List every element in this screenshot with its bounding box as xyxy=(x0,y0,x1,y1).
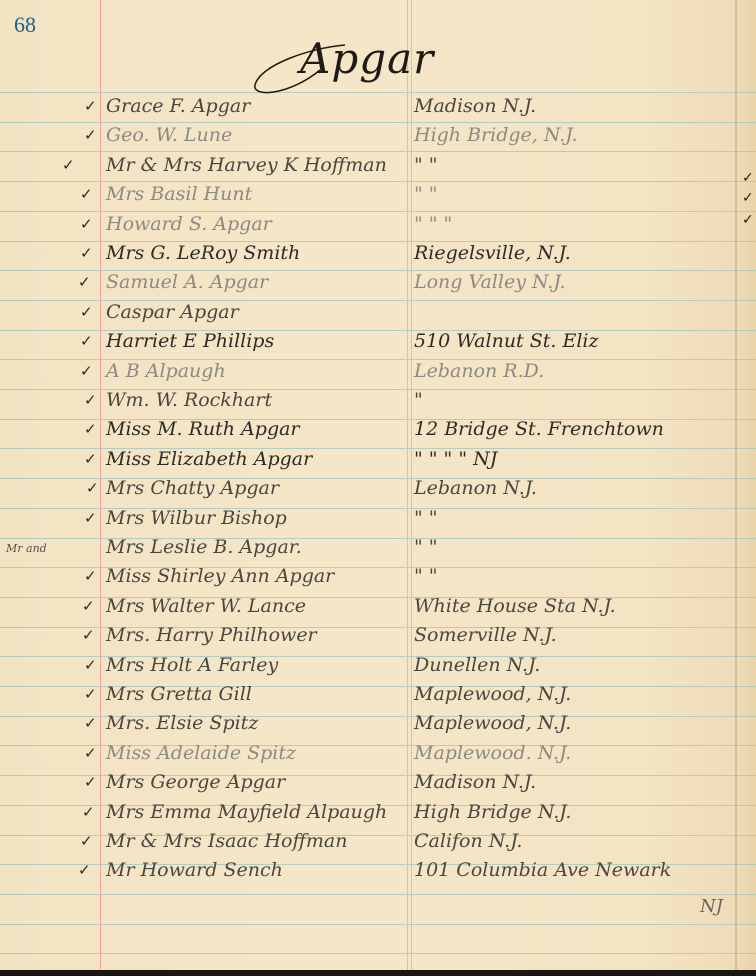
ledger-entry: ✓Mrs Chatty ApgarLebanon N.J. xyxy=(0,475,756,505)
entry-name: Mrs Leslie B. Apgar. xyxy=(106,536,406,558)
ledger-page: 68 Apgar ✓Grace F. ApgarMadison N.J.✓Geo… xyxy=(0,0,756,970)
entry-address: High Bridge, N.J. xyxy=(414,124,734,146)
entry-name: Mrs Emma Mayfield Alpaugh xyxy=(106,801,406,823)
entry-name: Miss Adelaide Spitz xyxy=(106,742,406,764)
ledger-entry: ✓Caspar Apgar xyxy=(0,299,756,329)
page-number: 68 xyxy=(14,12,36,38)
entry-address: " " " " NJ xyxy=(414,448,734,470)
checkmark-icon: ✓ xyxy=(84,656,97,674)
ledger-entry: ✓Mr & Mrs Isaac HoffmanCalifon N.J. xyxy=(0,828,756,858)
entry-name: Caspar Apgar xyxy=(106,301,406,323)
entry-name: Mrs Holt A Farley xyxy=(106,654,406,676)
entry-name: Wm. W. Rockhart xyxy=(106,389,406,411)
rule-line xyxy=(0,953,756,954)
ledger-entry: ✓Harriet E Phillips510 Walnut St. Eliz xyxy=(0,328,756,358)
entry-address: White House Sta N.J. xyxy=(414,595,734,617)
entry-name: Miss Elizabeth Apgar xyxy=(106,448,406,470)
ledger-entry: ✓Mrs Emma Mayfield AlpaughHigh Bridge N.… xyxy=(0,799,756,829)
checkmark-icon: ✓ xyxy=(84,509,97,527)
entry-name: A B Alpaugh xyxy=(106,360,406,382)
entry-name: Samuel A. Apgar xyxy=(106,271,406,293)
rule-line xyxy=(0,924,756,925)
entry-address: Madison N.J. xyxy=(414,95,734,117)
entry-name: Mr & Mrs Harvey K Hoffman xyxy=(106,154,406,176)
ledger-entry: ✓Miss Adelaide SpitzMaplewood. N.J. xyxy=(0,740,756,770)
entry-name: Mr & Mrs Isaac Hoffman xyxy=(106,830,406,852)
ledger-entry: ✓Miss M. Ruth Apgar12 Bridge St. Frencht… xyxy=(0,416,756,446)
entry-name: Mr Howard Sench xyxy=(106,859,406,881)
checkmark-icon: ✓ xyxy=(84,744,97,762)
ledger-entry: ✓Mr Howard Sench101 Columbia Ave Newark xyxy=(0,857,756,887)
address-continuation: NJ xyxy=(700,896,723,917)
checkmark-icon: ✓ xyxy=(84,685,97,703)
entry-address: 101 Columbia Ave Newark xyxy=(414,859,734,881)
ledger-entry: ✓Wm. W. Rockhart" xyxy=(0,387,756,417)
entry-address: Maplewood, N.J. xyxy=(414,712,734,734)
checkmark-icon: ✓ xyxy=(84,773,97,791)
checkmark-icon: ✓ xyxy=(62,156,75,174)
ledger-entry: ✓Mrs Holt A FarleyDunellen N.J. xyxy=(0,652,756,682)
checkmark-icon: ✓ xyxy=(80,244,93,262)
ledger-entry: ✓Miss Shirley Ann Apgar" " xyxy=(0,563,756,593)
page-title: Apgar xyxy=(300,34,434,83)
margin-check-icon: ✓ xyxy=(742,170,754,186)
entry-name: Mrs Basil Hunt xyxy=(106,183,406,205)
checkmark-icon: ✓ xyxy=(80,332,93,350)
ledger-entry: ✓Mrs. Elsie SpitzMaplewood, N.J. xyxy=(0,710,756,740)
entry-name: Miss Shirley Ann Apgar xyxy=(106,565,406,587)
ledger-entry: ✓Mrs Wilbur Bishop" " xyxy=(0,505,756,535)
entry-address: Dunellen N.J. xyxy=(414,654,734,676)
checkmark-icon: ✓ xyxy=(78,273,91,291)
entry-address: " " xyxy=(414,536,734,558)
ledger-entry: ✓A B AlpaughLebanon R.D. xyxy=(0,358,756,388)
entry-address: Lebanon R.D. xyxy=(414,360,734,382)
entry-address: Maplewood, N.J. xyxy=(414,683,734,705)
entry-name: Mrs G. LeRoy Smith xyxy=(106,242,406,264)
entry-address: Long Valley N.J. xyxy=(414,271,734,293)
rule-line xyxy=(0,894,756,895)
checkmark-icon: ✓ xyxy=(86,479,99,497)
entry-address: Maplewood. N.J. xyxy=(414,742,734,764)
entry-prefix-note: Mr and xyxy=(6,542,47,555)
margin-check-icon: ✓ xyxy=(742,212,754,228)
entry-name: Geo. W. Lune xyxy=(106,124,406,146)
checkmark-icon: ✓ xyxy=(82,597,95,615)
entry-address: Riegelsville, N.J. xyxy=(414,242,734,264)
entry-name: Mrs Chatty Apgar xyxy=(106,477,406,499)
entry-address: 12 Bridge St. Frenchtown xyxy=(414,418,734,440)
ledger-entry: ✓Mrs G. LeRoy SmithRiegelsville, N.J. xyxy=(0,240,756,270)
ledger-entry: ✓Mrs. Harry PhilhowerSomerville N.J. xyxy=(0,622,756,652)
margin-check-icon: ✓ xyxy=(742,190,754,206)
entry-name: Miss M. Ruth Apgar xyxy=(106,418,406,440)
checkmark-icon: ✓ xyxy=(84,450,97,468)
entry-name: Mrs George Apgar xyxy=(106,771,406,793)
entry-address: " " " xyxy=(414,213,734,235)
entry-address: High Bridge N.J. xyxy=(414,801,734,823)
entry-address: Lebanon N.J. xyxy=(414,477,734,499)
checkmark-icon: ✓ xyxy=(82,803,95,821)
checkmark-icon: ✓ xyxy=(80,303,93,321)
ledger-entry: ✓Samuel A. ApgarLong Valley N.J. xyxy=(0,269,756,299)
entry-address: Madison N.J. xyxy=(414,771,734,793)
checkmark-icon: ✓ xyxy=(84,714,97,732)
entry-name: Mrs Gretta Gill xyxy=(106,683,406,705)
ledger-entry: ✓Mrs Gretta GillMaplewood, N.J. xyxy=(0,681,756,711)
entry-name: Mrs. Elsie Spitz xyxy=(106,712,406,734)
checkmark-icon: ✓ xyxy=(80,215,93,233)
entry-name: Howard S. Apgar xyxy=(106,213,406,235)
ledger-entry: ✓Geo. W. LuneHigh Bridge, N.J. xyxy=(0,122,756,152)
entry-address: " " xyxy=(414,154,734,176)
checkmark-icon: ✓ xyxy=(84,97,97,115)
entry-address: " " xyxy=(414,565,734,587)
entry-name: Grace F. Apgar xyxy=(106,95,406,117)
ledger-entry: ✓Mrs Walter W. LanceWhite House Sta N.J. xyxy=(0,593,756,623)
entry-name: Mrs. Harry Philhower xyxy=(106,624,406,646)
checkmark-icon: ✓ xyxy=(84,567,97,585)
entry-name: Mrs Walter W. Lance xyxy=(106,595,406,617)
entry-address: 510 Walnut St. Eliz xyxy=(414,330,734,352)
ledger-entry: ✓Mrs Basil Hunt" " xyxy=(0,181,756,211)
entry-address: Somerville N.J. xyxy=(414,624,734,646)
ledger-entry: ✓Howard S. Apgar" " " xyxy=(0,211,756,241)
entry-address: " xyxy=(414,389,734,411)
entry-address: Califon N.J. xyxy=(414,830,734,852)
entry-address: " " xyxy=(414,183,734,205)
ledger-entry: ✓Mr & Mrs Harvey K Hoffman" " xyxy=(0,152,756,182)
ledger-entry: ✓Miss Elizabeth Apgar" " " " NJ xyxy=(0,446,756,476)
checkmark-icon: ✓ xyxy=(80,185,93,203)
checkmark-icon: ✓ xyxy=(84,391,97,409)
entry-name: Harriet E Phillips xyxy=(106,330,406,352)
checkmark-icon: ✓ xyxy=(82,626,95,644)
entry-name: Mrs Wilbur Bishop xyxy=(106,507,406,529)
checkmark-icon: ✓ xyxy=(78,861,91,879)
checkmark-icon: ✓ xyxy=(84,126,97,144)
ledger-entry: ✓Mrs George ApgarMadison N.J. xyxy=(0,769,756,799)
entry-address: " " xyxy=(414,507,734,529)
checkmark-icon: ✓ xyxy=(80,362,93,380)
checkmark-icon: ✓ xyxy=(84,420,97,438)
ledger-entry: Mr andMrs Leslie B. Apgar." " xyxy=(0,534,756,564)
checkmark-icon: ✓ xyxy=(80,832,93,850)
scan-edge xyxy=(0,970,756,976)
ledger-entry: ✓Grace F. ApgarMadison N.J. xyxy=(0,93,756,123)
